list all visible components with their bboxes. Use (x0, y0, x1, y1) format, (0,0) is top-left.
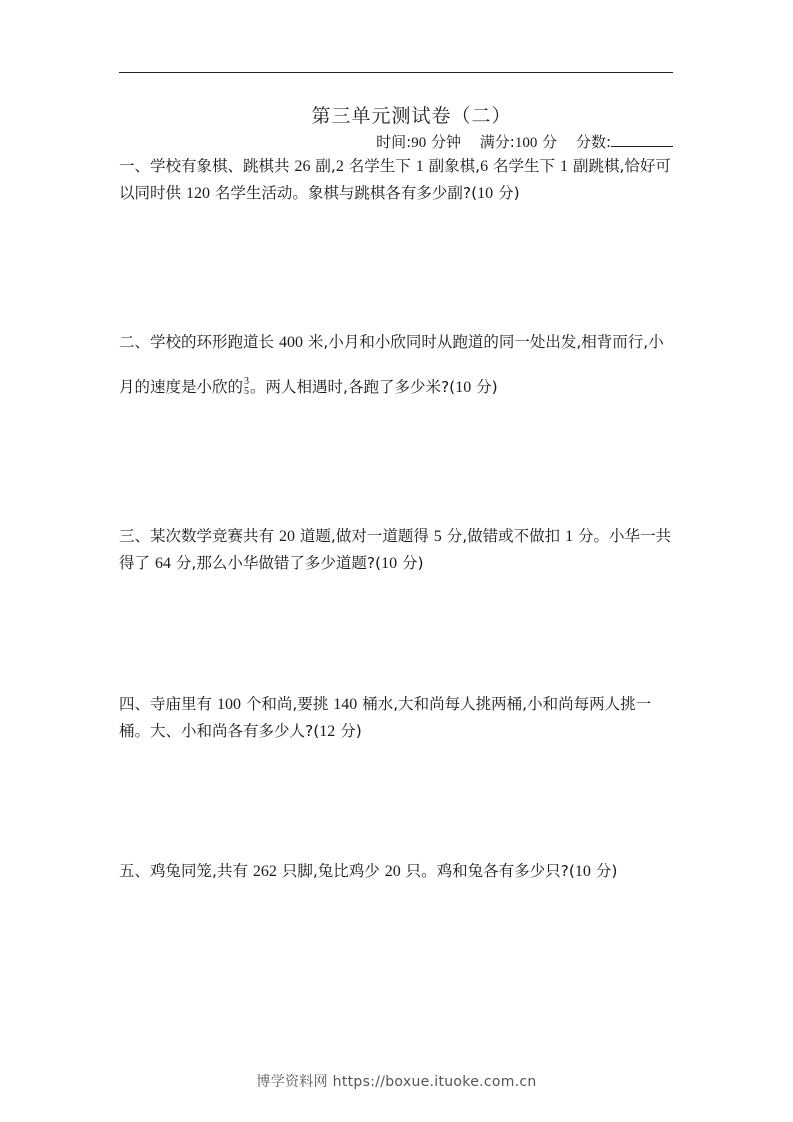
number: 26 (294, 158, 310, 175)
question-2: 二、学校的环形跑道长 400 米,小月和小欣同时从跑道的同一处出发,相背而行,小… (119, 329, 679, 401)
footer-watermark: 博学资料网 https://boxue.ituoke.com.cn (0, 1071, 793, 1091)
points-value: 12 (319, 723, 335, 740)
question-text: 副, (315, 157, 335, 175)
number: 5 (434, 528, 442, 545)
full-score-value: 100 (515, 135, 538, 151)
question-text: 个和尚,要挑 (246, 695, 328, 713)
score-blank[interactable] (611, 132, 673, 147)
question-text: 只。鸡和兔各有多少只?( (406, 862, 575, 880)
number: 2 (336, 158, 344, 175)
question-text: 学校的环形跑道长 (150, 333, 274, 351)
question-text: 道题,做对一道题得 (300, 527, 429, 545)
question-text: 只脚,兔比鸡少 (282, 862, 380, 880)
question-text: 分) (498, 184, 520, 202)
points-value: 10 (455, 379, 471, 396)
number: 140 (333, 696, 357, 713)
question-text: 。两人相遇时,各跑了多少米?( (250, 378, 455, 396)
page-title: 第三单元测试卷（二） (0, 101, 793, 128)
number: 20 (385, 863, 401, 880)
question-text: 分,做错或不做扣 (447, 527, 560, 545)
exam-meta: 时间:90 分钟 满分:100 分 分数: (376, 131, 673, 152)
number: 1 (565, 528, 573, 545)
question-text: 名学生活动。象棋与跳棋各有多少副?( (215, 184, 477, 202)
time-label: 时间: (376, 133, 411, 151)
question-3: 三、某次数学竞赛共有 20 道题,做对一道题得 5 分,做错或不做扣 1 分。小… (119, 523, 679, 577)
question-number: 四、 (119, 695, 150, 713)
question-text: 分) (402, 554, 424, 572)
question-text: 名学生下 (493, 157, 555, 175)
number: 20 (279, 528, 295, 545)
points-value: 10 (381, 555, 397, 572)
full-score-label: 满分: (480, 133, 515, 151)
question-text: 米,小月和小欣同时从跑道的同一处出发,相背而行,小 (308, 333, 664, 351)
number: 64 (155, 555, 171, 572)
full-score-unit: 分 (542, 133, 557, 151)
question-number: 一、 (119, 157, 150, 175)
score-label: 分数: (576, 133, 611, 151)
question-text: 名学生下 (349, 157, 411, 175)
fraction-numerator: 3 (244, 377, 249, 387)
question-1: 一、学校有象棋、跳棋共 26 副,2 名学生下 1 副象棋,6 名学生下 1 副… (119, 153, 679, 207)
question-number: 二、 (119, 333, 150, 351)
question-text: 分,那么小华做错了多少道题?( (176, 554, 381, 572)
number: 6 (480, 158, 488, 175)
question-text: 月的速度是小欣的 (119, 378, 243, 396)
question-text: 分) (596, 862, 618, 880)
question-4: 四、寺庙里有 100 个和尚,要挑 140 桶水,大和尚每人挑两桶,小和尚每两人… (119, 691, 679, 745)
question-line-2: 月的速度是小欣的35。两人相遇时,各跑了多少米?(10 分) (119, 374, 679, 401)
question-number: 五、 (119, 862, 150, 880)
question-text: 寺庙里有 (150, 695, 212, 713)
time-value: 90 (411, 135, 426, 151)
question-text: 某次数学竞赛共有 (150, 527, 274, 545)
number: 262 (253, 863, 277, 880)
header-rule (119, 72, 673, 73)
number: 400 (279, 334, 303, 351)
question-text: 学校有象棋、跳棋共 (150, 157, 290, 175)
points-value: 10 (575, 863, 591, 880)
points-value: 10 (477, 185, 493, 202)
question-5: 五、鸡兔同笼,共有 262 只脚,兔比鸡少 20 只。鸡和兔各有多少只?(10 … (119, 858, 679, 885)
fraction-denominator: 5 (244, 387, 249, 397)
number: 1 (416, 158, 424, 175)
number: 120 (186, 185, 210, 202)
time-unit: 分钟 (431, 133, 461, 151)
question-text: 分) (340, 722, 362, 740)
question-text: 鸡兔同笼,共有 (150, 862, 248, 880)
number: 1 (560, 158, 568, 175)
question-text: 分) (476, 378, 498, 396)
fraction: 35 (244, 377, 249, 397)
question-number: 三、 (119, 527, 150, 545)
number: 100 (217, 696, 241, 713)
question-text: 副象棋, (429, 157, 480, 175)
